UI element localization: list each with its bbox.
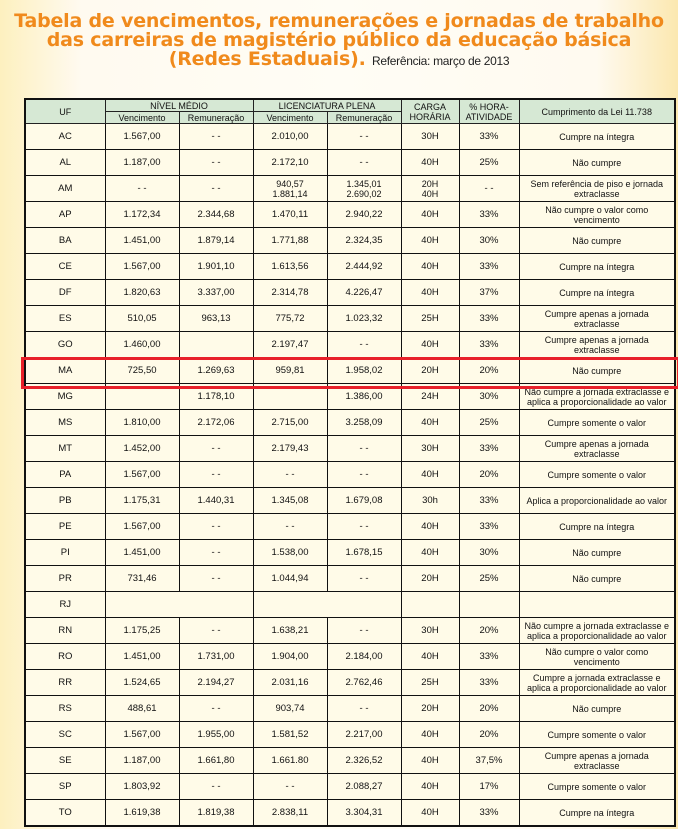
cell-carga: 40H [401, 800, 459, 827]
cell-lp-vencimento: 1.044,94 [253, 566, 327, 592]
cell-uf: TO [25, 800, 105, 827]
cell-nm-remuneracao: 1.901,10 [179, 254, 253, 280]
cell-nm-vencimento: 488,61 [105, 696, 179, 722]
cell-lp-vencimento: 775,72 [253, 306, 327, 332]
cell-nm-remuneracao: 1.178,10 [179, 384, 253, 410]
cell-hora-atividade: 33% [459, 514, 519, 540]
cell-nm-vencimento: 1.567,00 [105, 254, 179, 280]
header-hora-atividade: % HORA-ATIVIDADE [459, 99, 519, 124]
cell-lp-remuneracao: - - [327, 696, 401, 722]
cell-cumprimento: Não cumpre a jornada extraclasse e aplic… [519, 618, 675, 644]
cell-uf: RR [25, 670, 105, 696]
table-row: AL1.187,00- -2.172,10- -40H25%Não cumpre [25, 150, 675, 176]
cell-lp-vencimento: 2.314,78 [253, 280, 327, 306]
cell-carga: 30H [401, 124, 459, 150]
cell-nm-vencimento: 1.524,65 [105, 670, 179, 696]
cell-lp-remuneracao: 2.088,27 [327, 774, 401, 800]
cell-hora-atividade: 20% [459, 358, 519, 384]
cell-nm-vencimento: 731,46 [105, 566, 179, 592]
cell-carga: 25H [401, 306, 459, 332]
cell-uf: MS [25, 410, 105, 436]
cell-hora-atividade: 25% [459, 150, 519, 176]
cell-nm-vencimento: 1.460,00 [105, 332, 179, 358]
cell-hora-atividade: 25% [459, 410, 519, 436]
cell-nm-remuneracao: 2.194,27 [179, 670, 253, 696]
cell-nm-vencimento: 1.175,31 [105, 488, 179, 514]
table-row: PB1.175,311.440,311.345,081.679,0830h33%… [25, 488, 675, 514]
cell-nm-vencimento: 1.172,34 [105, 202, 179, 228]
header-lp-remuneracao: Remuneração [327, 112, 401, 124]
cell-nm-remuneracao: - - [179, 462, 253, 488]
cell-nm-remuneracao: - - [179, 566, 253, 592]
cell-nm-remuneracao: - - [179, 176, 253, 202]
cell-nm-remuneracao: - - [179, 696, 253, 722]
cell-cumprimento: Não cumpre [519, 696, 675, 722]
cell-nm-remuneracao: 1.731,00 [179, 644, 253, 670]
cell-hora-atividade: 33% [459, 488, 519, 514]
cell-uf: RO [25, 644, 105, 670]
cell-hora-atividade: 33% [459, 670, 519, 696]
cell-lp-vencimento: 1.771,88 [253, 228, 327, 254]
cell-nm-vencimento: 1.810,00 [105, 410, 179, 436]
cell-carga: 24H [401, 384, 459, 410]
cell-cumprimento: Cumpre somente o valor [519, 722, 675, 748]
cell-uf: SE [25, 748, 105, 774]
cell-hora-atividade: 33% [459, 254, 519, 280]
cell-carga: 40H [401, 254, 459, 280]
cell-carga: 20H [401, 566, 459, 592]
cell-hora-atividade: 20% [459, 618, 519, 644]
cell-uf: RS [25, 696, 105, 722]
cell-nm-vencimento: 1.451,00 [105, 644, 179, 670]
cell-uf: DF [25, 280, 105, 306]
header-lp-vencimento: Vencimento [253, 112, 327, 124]
table-row: MT1.452,00- -2.179,43- -30H33%Cumpre ape… [25, 436, 675, 462]
cell-nm-vencimento: 1.567,00 [105, 124, 179, 150]
table-row: PE1.567,00- -- -- -40H33%Cumpre na ínteg… [25, 514, 675, 540]
salary-table: UF NÍVEL MÉDIO LICENCIATURA PLENA CARGAH… [24, 98, 676, 827]
cell-lp-vencimento: 1.613,56 [253, 254, 327, 280]
cell-carga: 40H [401, 150, 459, 176]
cell-cumprimento: Cumpre na íntegra [519, 124, 675, 150]
cell-cumprimento: Cumpre apenas a jornada extraclasse [519, 436, 675, 462]
cell-lp-vencimento: 1.904,00 [253, 644, 327, 670]
cell-nm-vencimento: 1.567,00 [105, 514, 179, 540]
cell-cumprimento: Cumpre somente o valor [519, 774, 675, 800]
cell-uf: AL [25, 150, 105, 176]
cell-cumprimento: Cumpre apenas a jornada extraclasse [519, 748, 675, 774]
cell-lp-vencimento: 2.197,47 [253, 332, 327, 358]
cell-lp-remuneracao: 4.226,47 [327, 280, 401, 306]
header-nm-remuneracao: Remuneração [179, 112, 253, 124]
title-line-3: (Redes Estaduais). Referência: março de … [0, 50, 678, 71]
cell-hora-atividade: 20% [459, 696, 519, 722]
cell-nm-remuneracao: - - [179, 514, 253, 540]
cell-nm-vencimento: 1.820,63 [105, 280, 179, 306]
cell-lp-vencimento: 1.345,08 [253, 488, 327, 514]
cell-cumprimento: Não cumpre a jornada extraclasse e aplic… [519, 384, 675, 410]
cell-nm-remuneracao: - - [179, 618, 253, 644]
cell-uf: PA [25, 462, 105, 488]
cell-hora-atividade: 33% [459, 124, 519, 150]
cell-nm-vencimento: 725,50 [105, 358, 179, 384]
cell-nm-remuneracao: 1.440,31 [179, 488, 253, 514]
cell-lp-remuneracao: 2.217,00 [327, 722, 401, 748]
cell-hora-atividade: 33% [459, 332, 519, 358]
cell-hora-atividade: 33% [459, 436, 519, 462]
cell-cumprimento: Não cumpre o valor como vencimento [519, 644, 675, 670]
cell-lp-remuneracao: - - [327, 332, 401, 358]
cell-carga: 40H [401, 462, 459, 488]
cell-carga: 20H [401, 358, 459, 384]
cell-nm-remuneracao: - - [179, 124, 253, 150]
cell-lp-remuneracao: 1.678,15 [327, 540, 401, 566]
cell-nm-vencimento: 1.619,38 [105, 800, 179, 827]
cell-hora-atividade: 37,5% [459, 748, 519, 774]
table-row: GO1.460,002.197,47- -40H33%Cumpre apenas… [25, 332, 675, 358]
cell-carga: 40H [401, 774, 459, 800]
cell-nm-remuneracao: 1.955,00 [179, 722, 253, 748]
cell-hora-atividade: 25% [459, 566, 519, 592]
cell-nm-remuneracao: - - [179, 774, 253, 800]
table-row: CE1.567,001.901,101.613,562.444,9240H33%… [25, 254, 675, 280]
cell-cumprimento: Não cumpre [519, 228, 675, 254]
table-row: AM- -- -940,571.881,141.345,012.690,0220… [25, 176, 675, 202]
cell-lp-remuneracao: 1.679,08 [327, 488, 401, 514]
cell-lp-vencimento: 959,81 [253, 358, 327, 384]
cell-uf: AP [25, 202, 105, 228]
cell-nm-vencimento: 1.451,00 [105, 228, 179, 254]
cell-lp-vencimento: 2.031,16 [253, 670, 327, 696]
cell-hora-atividade: - - [459, 176, 519, 202]
cell-nm-vencimento: 1.175,25 [105, 618, 179, 644]
cell-uf: AC [25, 124, 105, 150]
cell-lp-remuneracao: 1.345,012.690,02 [327, 176, 401, 202]
table-row: RN1.175,25- -1.638,21- -30H20%Não cumpre… [25, 618, 675, 644]
table-row: PA1.567,00- -- -- -40H20%Cumpre somente … [25, 462, 675, 488]
cell-nm-vencimento: 1.187,00 [105, 150, 179, 176]
cell-lp-vencimento: 1.538,00 [253, 540, 327, 566]
cell-lp-vencimento: 2.179,43 [253, 436, 327, 462]
cell-uf: MG [25, 384, 105, 410]
cell-cumprimento: Cumpre apenas a jornada extraclasse [519, 332, 675, 358]
cell-lp-vencimento [253, 384, 327, 410]
table-row: AC1.567,00- -2.010,00- -30H33%Cumpre na … [25, 124, 675, 150]
table-row: RJ [25, 592, 675, 618]
cell-uf: PR [25, 566, 105, 592]
header-nivel-medio: NÍVEL MÉDIO [105, 99, 253, 112]
cell-lp-remuneracao: 2.326,52 [327, 748, 401, 774]
header-uf: UF [25, 99, 105, 124]
cell-hora-atividade: 33% [459, 306, 519, 332]
cell-carga: 40H [401, 748, 459, 774]
page-title: Tabela de vencimentos, remunerações e jo… [0, 12, 678, 71]
cell-carga: 40H [401, 332, 459, 358]
cell-uf: SC [25, 722, 105, 748]
cell-nm-vencimento: - - [105, 176, 179, 202]
cell-cumprimento: Cumpre na íntegra [519, 254, 675, 280]
cell-carga: 20H [401, 696, 459, 722]
table-row: DF1.820,633.337,002.314,784.226,4740H37%… [25, 280, 675, 306]
cell-uf: CE [25, 254, 105, 280]
cell-uf: PI [25, 540, 105, 566]
cell-lp-vencimento: - - [253, 774, 327, 800]
cell-lp-vencimento: 2.172,10 [253, 150, 327, 176]
cell-nm-remuneracao: 1.879,14 [179, 228, 253, 254]
cell-cumprimento: Cumpre na íntegra [519, 280, 675, 306]
cell-carga: 40H [401, 722, 459, 748]
cell-nm-remuneracao: - - [179, 436, 253, 462]
cell-lp-remuneracao: 3.258,09 [327, 410, 401, 436]
table-row: AP1.172,342.344,681.470,112.940,2240H33%… [25, 202, 675, 228]
table-row: MS1.810,002.172,062.715,003.258,0940H25%… [25, 410, 675, 436]
table-row: RS488,61- -903,74- -20H20%Não cumpre [25, 696, 675, 722]
cell-lp-vencimento: 2.010,00 [253, 124, 327, 150]
header-cumprimento: Cumprimento da Lei 11.738 [519, 99, 675, 124]
cell-lp-remuneracao: 2.762,46 [327, 670, 401, 696]
header-carga-horaria: CARGAHORÁRIA [401, 99, 459, 124]
cell-carga: 40H [401, 514, 459, 540]
table-body: AC1.567,00- -2.010,00- -30H33%Cumpre na … [25, 124, 675, 827]
cell-carga [401, 592, 459, 618]
cell-carga: 30h [401, 488, 459, 514]
cell-uf: PE [25, 514, 105, 540]
cell-lp-remuneracao: 2.324,35 [327, 228, 401, 254]
cell-nm-remuneracao [179, 332, 253, 358]
cell-lp-vencimento: - - [253, 514, 327, 540]
cell-lp-remuneracao: 2.940,22 [327, 202, 401, 228]
cell-lp-vencimento: 1.581,52 [253, 722, 327, 748]
table-row: TO1.619,381.819,382.838,113.304,3140H33%… [25, 800, 675, 827]
cell-hora-atividade: 37% [459, 280, 519, 306]
cell-lp-remuneracao: - - [327, 124, 401, 150]
cell-lp-remuneracao: - - [327, 514, 401, 540]
cell-lp-remuneracao: - - [327, 150, 401, 176]
cell-lp-remuneracao: 1.958,02 [327, 358, 401, 384]
cell-licenciatura-merged [253, 592, 401, 618]
cell-nm-vencimento: 1.187,00 [105, 748, 179, 774]
cell-nm-remuneracao: 1.661,80 [179, 748, 253, 774]
cell-cumprimento: Cumpre somente o valor [519, 462, 675, 488]
cell-lp-vencimento: 1.470,11 [253, 202, 327, 228]
cell-lp-remuneracao: 2.184,00 [327, 644, 401, 670]
cell-hora-atividade [459, 592, 519, 618]
cell-uf: RJ [25, 592, 105, 618]
cell-lp-remuneracao: 3.304,31 [327, 800, 401, 827]
cell-lp-vencimento: 1.638,21 [253, 618, 327, 644]
cell-carga: 25H [401, 670, 459, 696]
cell-hora-atividade: 20% [459, 722, 519, 748]
cell-cumprimento: Não cumpre [519, 540, 675, 566]
cell-nm-remuneracao: - - [179, 540, 253, 566]
table-row: SP1.803,92- -- -2.088,2740H17%Cumpre som… [25, 774, 675, 800]
cell-lp-remuneracao: 1.386,00 [327, 384, 401, 410]
cell-nm-vencimento: 1.567,00 [105, 462, 179, 488]
cell-nm-vencimento: 1.452,00 [105, 436, 179, 462]
title-line-3-text: (Redes Estaduais). [169, 48, 366, 70]
cell-hora-atividade: 30% [459, 228, 519, 254]
cell-cumprimento: Aplica a proporcionalidade ao valor [519, 488, 675, 514]
cell-nm-vencimento: 1.803,92 [105, 774, 179, 800]
cell-lp-remuneracao: - - [327, 436, 401, 462]
table-row: BA1.451,001.879,141.771,882.324,3540H30%… [25, 228, 675, 254]
cell-nm-vencimento: 1.567,00 [105, 722, 179, 748]
header-licenciatura: LICENCIATURA PLENA [253, 99, 401, 112]
cell-lp-remuneracao: - - [327, 566, 401, 592]
cell-cumprimento: Sem referência de piso e jornada extracl… [519, 176, 675, 202]
cell-cumprimento: Cumpre apenas a jornada extraclasse [519, 306, 675, 332]
table-row: PI1.451,00- -1.538,001.678,1540H30%Não c… [25, 540, 675, 566]
table-row: MG1.178,101.386,0024H30%Não cumpre a jor… [25, 384, 675, 410]
cell-nm-vencimento [105, 384, 179, 410]
table-row: SC1.567,001.955,001.581,522.217,0040H20%… [25, 722, 675, 748]
table-row: MA725,501.269,63959,811.958,0220H20%Não … [25, 358, 675, 384]
cell-lp-remuneracao: 2.444,92 [327, 254, 401, 280]
cell-carga: 40H [401, 540, 459, 566]
cell-lp-vencimento: 1.661.80 [253, 748, 327, 774]
cell-carga: 40H [401, 228, 459, 254]
cell-hora-atividade: 33% [459, 202, 519, 228]
cell-nm-remuneracao: 1.819,38 [179, 800, 253, 827]
cell-uf: MA [25, 358, 105, 384]
cell-cumprimento: Não cumpre [519, 150, 675, 176]
cell-cumprimento: Não cumpre [519, 358, 675, 384]
cell-uf: BA [25, 228, 105, 254]
cell-carga: 30H [401, 618, 459, 644]
cell-uf: SP [25, 774, 105, 800]
cell-nm-remuneracao: 2.344,68 [179, 202, 253, 228]
cell-carga: 40H [401, 644, 459, 670]
header-nm-vencimento: Vencimento [105, 112, 179, 124]
reference-date: Referência: março de 2013 [372, 54, 509, 68]
table-row: PR731,46- -1.044,94- -20H25%Não cumpre [25, 566, 675, 592]
cell-lp-vencimento: 2.838,11 [253, 800, 327, 827]
cell-cumprimento: Cumpre na íntegra [519, 514, 675, 540]
cell-lp-remuneracao: 1.023,32 [327, 306, 401, 332]
cell-carga: 40H [401, 410, 459, 436]
cell-nm-vencimento: 1.451,00 [105, 540, 179, 566]
cell-lp-vencimento: 2.715,00 [253, 410, 327, 436]
table-row: RO1.451,001.731,001.904,002.184,0040H33%… [25, 644, 675, 670]
cell-lp-remuneracao: - - [327, 618, 401, 644]
cell-lp-vencimento: 940,571.881,14 [253, 176, 327, 202]
cell-nm-remuneracao: 2.172,06 [179, 410, 253, 436]
table-row: RR1.524,652.194,272.031,162.762,4625H33%… [25, 670, 675, 696]
cell-carga: 30H [401, 436, 459, 462]
table-row: SE1.187,001.661,801.661.802.326,5240H37,… [25, 748, 675, 774]
cell-cumprimento: Não cumpre o valor como vencimento [519, 202, 675, 228]
cell-hora-atividade: 17% [459, 774, 519, 800]
cell-cumprimento: Cumpre na íntegra [519, 800, 675, 827]
cell-uf: AM [25, 176, 105, 202]
cell-cumprimento: Não cumpre [519, 566, 675, 592]
cell-uf: RN [25, 618, 105, 644]
cell-nivel-medio-merged [105, 592, 253, 618]
cell-lp-remuneracao: - - [327, 462, 401, 488]
cell-uf: ES [25, 306, 105, 332]
cell-uf: GO [25, 332, 105, 358]
cell-hora-atividade: 33% [459, 644, 519, 670]
cell-carga: 40H [401, 202, 459, 228]
cell-cumprimento: Cumpre a jornada extraclasse e aplica a … [519, 670, 675, 696]
cell-lp-vencimento: - - [253, 462, 327, 488]
cell-cumprimento [519, 592, 675, 618]
table-row: ES510,05963,13775,721.023,3225H33%Cumpre… [25, 306, 675, 332]
cell-carga: 40H [401, 280, 459, 306]
cell-hora-atividade: 30% [459, 540, 519, 566]
cell-carga: 20H40H [401, 176, 459, 202]
cell-nm-vencimento: 510,05 [105, 306, 179, 332]
cell-uf: MT [25, 436, 105, 462]
cell-nm-remuneracao: 963,13 [179, 306, 253, 332]
cell-hora-atividade: 30% [459, 384, 519, 410]
cell-hora-atividade: 20% [459, 462, 519, 488]
cell-nm-remuneracao: - - [179, 150, 253, 176]
cell-lp-vencimento: 903,74 [253, 696, 327, 722]
cell-nm-remuneracao: 3.337,00 [179, 280, 253, 306]
cell-hora-atividade: 33% [459, 800, 519, 827]
cell-uf: PB [25, 488, 105, 514]
cell-cumprimento: Cumpre somente o valor [519, 410, 675, 436]
cell-nm-remuneracao: 1.269,63 [179, 358, 253, 384]
